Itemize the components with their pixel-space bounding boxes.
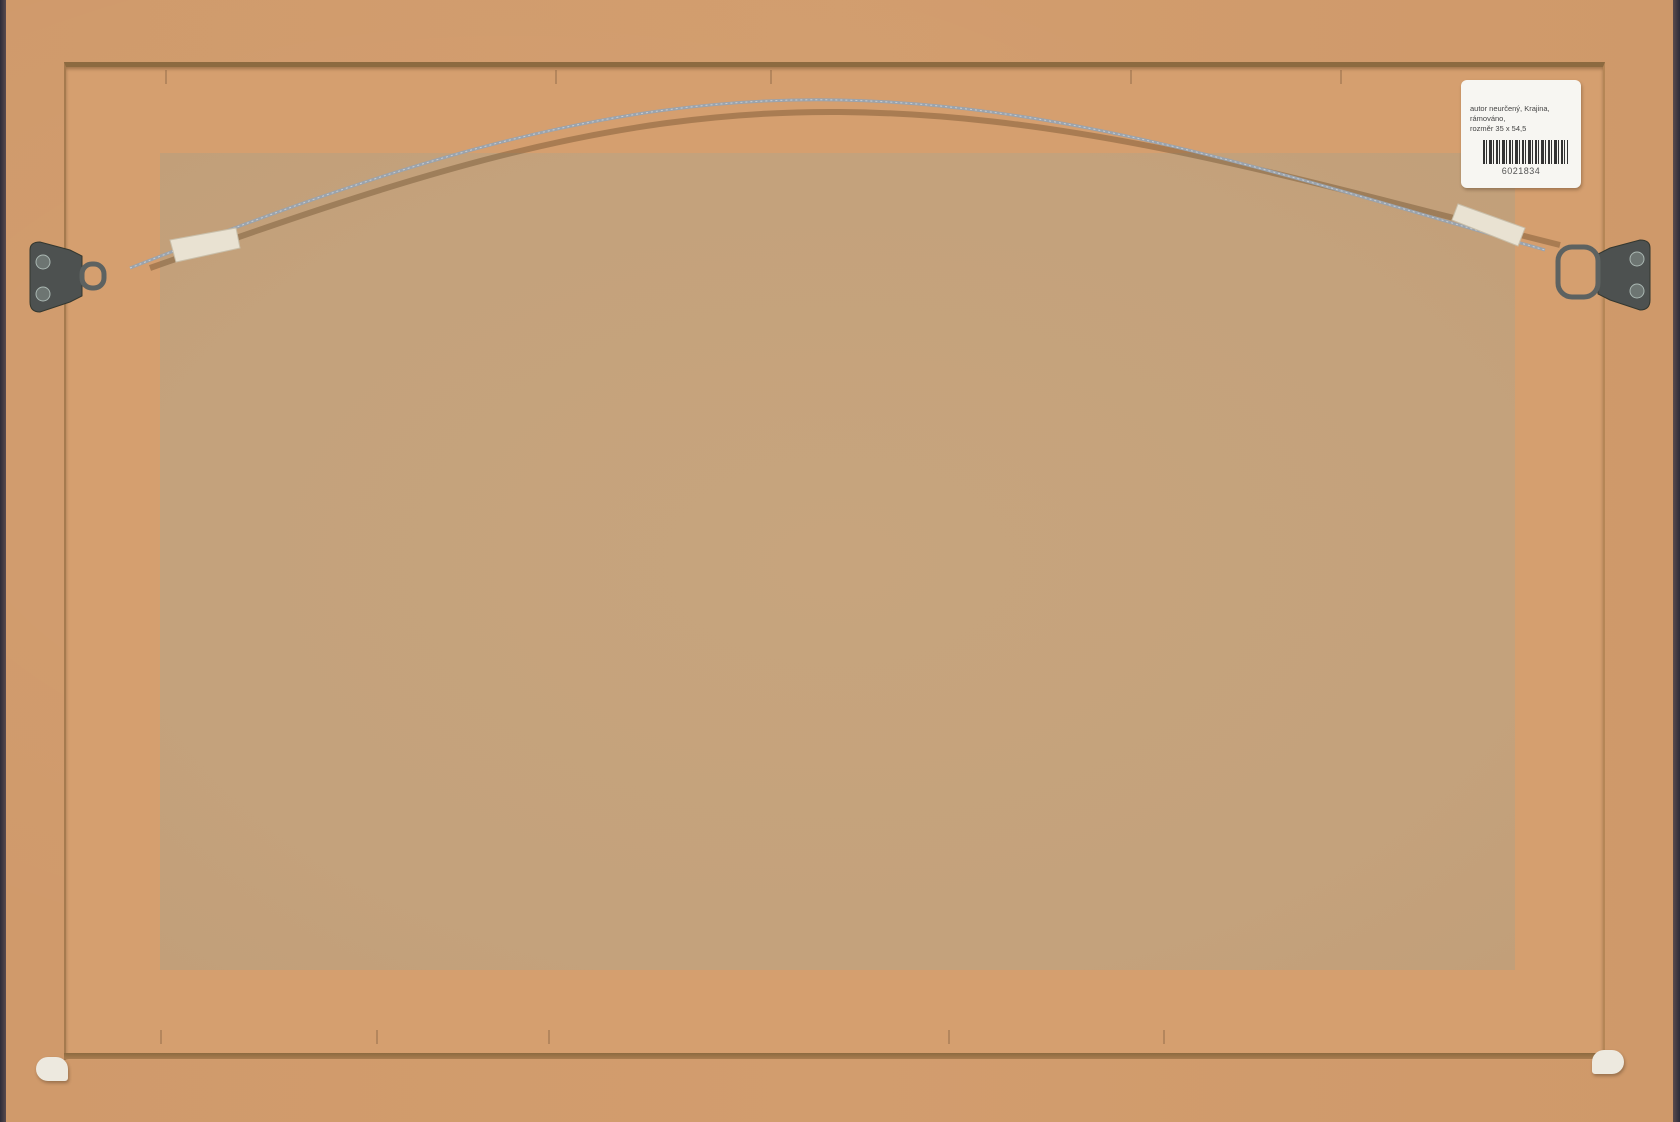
label-description: autor neurčený, Krajina, rámováno, rozmě… bbox=[1470, 104, 1582, 134]
barcode bbox=[1483, 140, 1568, 164]
bottom-right-felt-pad bbox=[1592, 1050, 1624, 1074]
barcode-number: 6021834 bbox=[1461, 166, 1581, 176]
left-d-ring-hanger bbox=[30, 242, 104, 312]
label-line-2: rozměr 35 x 54,5 bbox=[1470, 124, 1582, 134]
catalogue-label: autor neurčený, Krajina, rámováno, rozmě… bbox=[1461, 80, 1581, 188]
bottom-left-felt-pad bbox=[36, 1057, 68, 1081]
hanging-wire bbox=[0, 0, 1680, 1122]
left-wire-sleeve bbox=[170, 228, 240, 262]
label-line-1: autor neurčený, Krajina, rámováno, bbox=[1470, 104, 1582, 124]
right-d-ring-hanger bbox=[1558, 240, 1650, 310]
